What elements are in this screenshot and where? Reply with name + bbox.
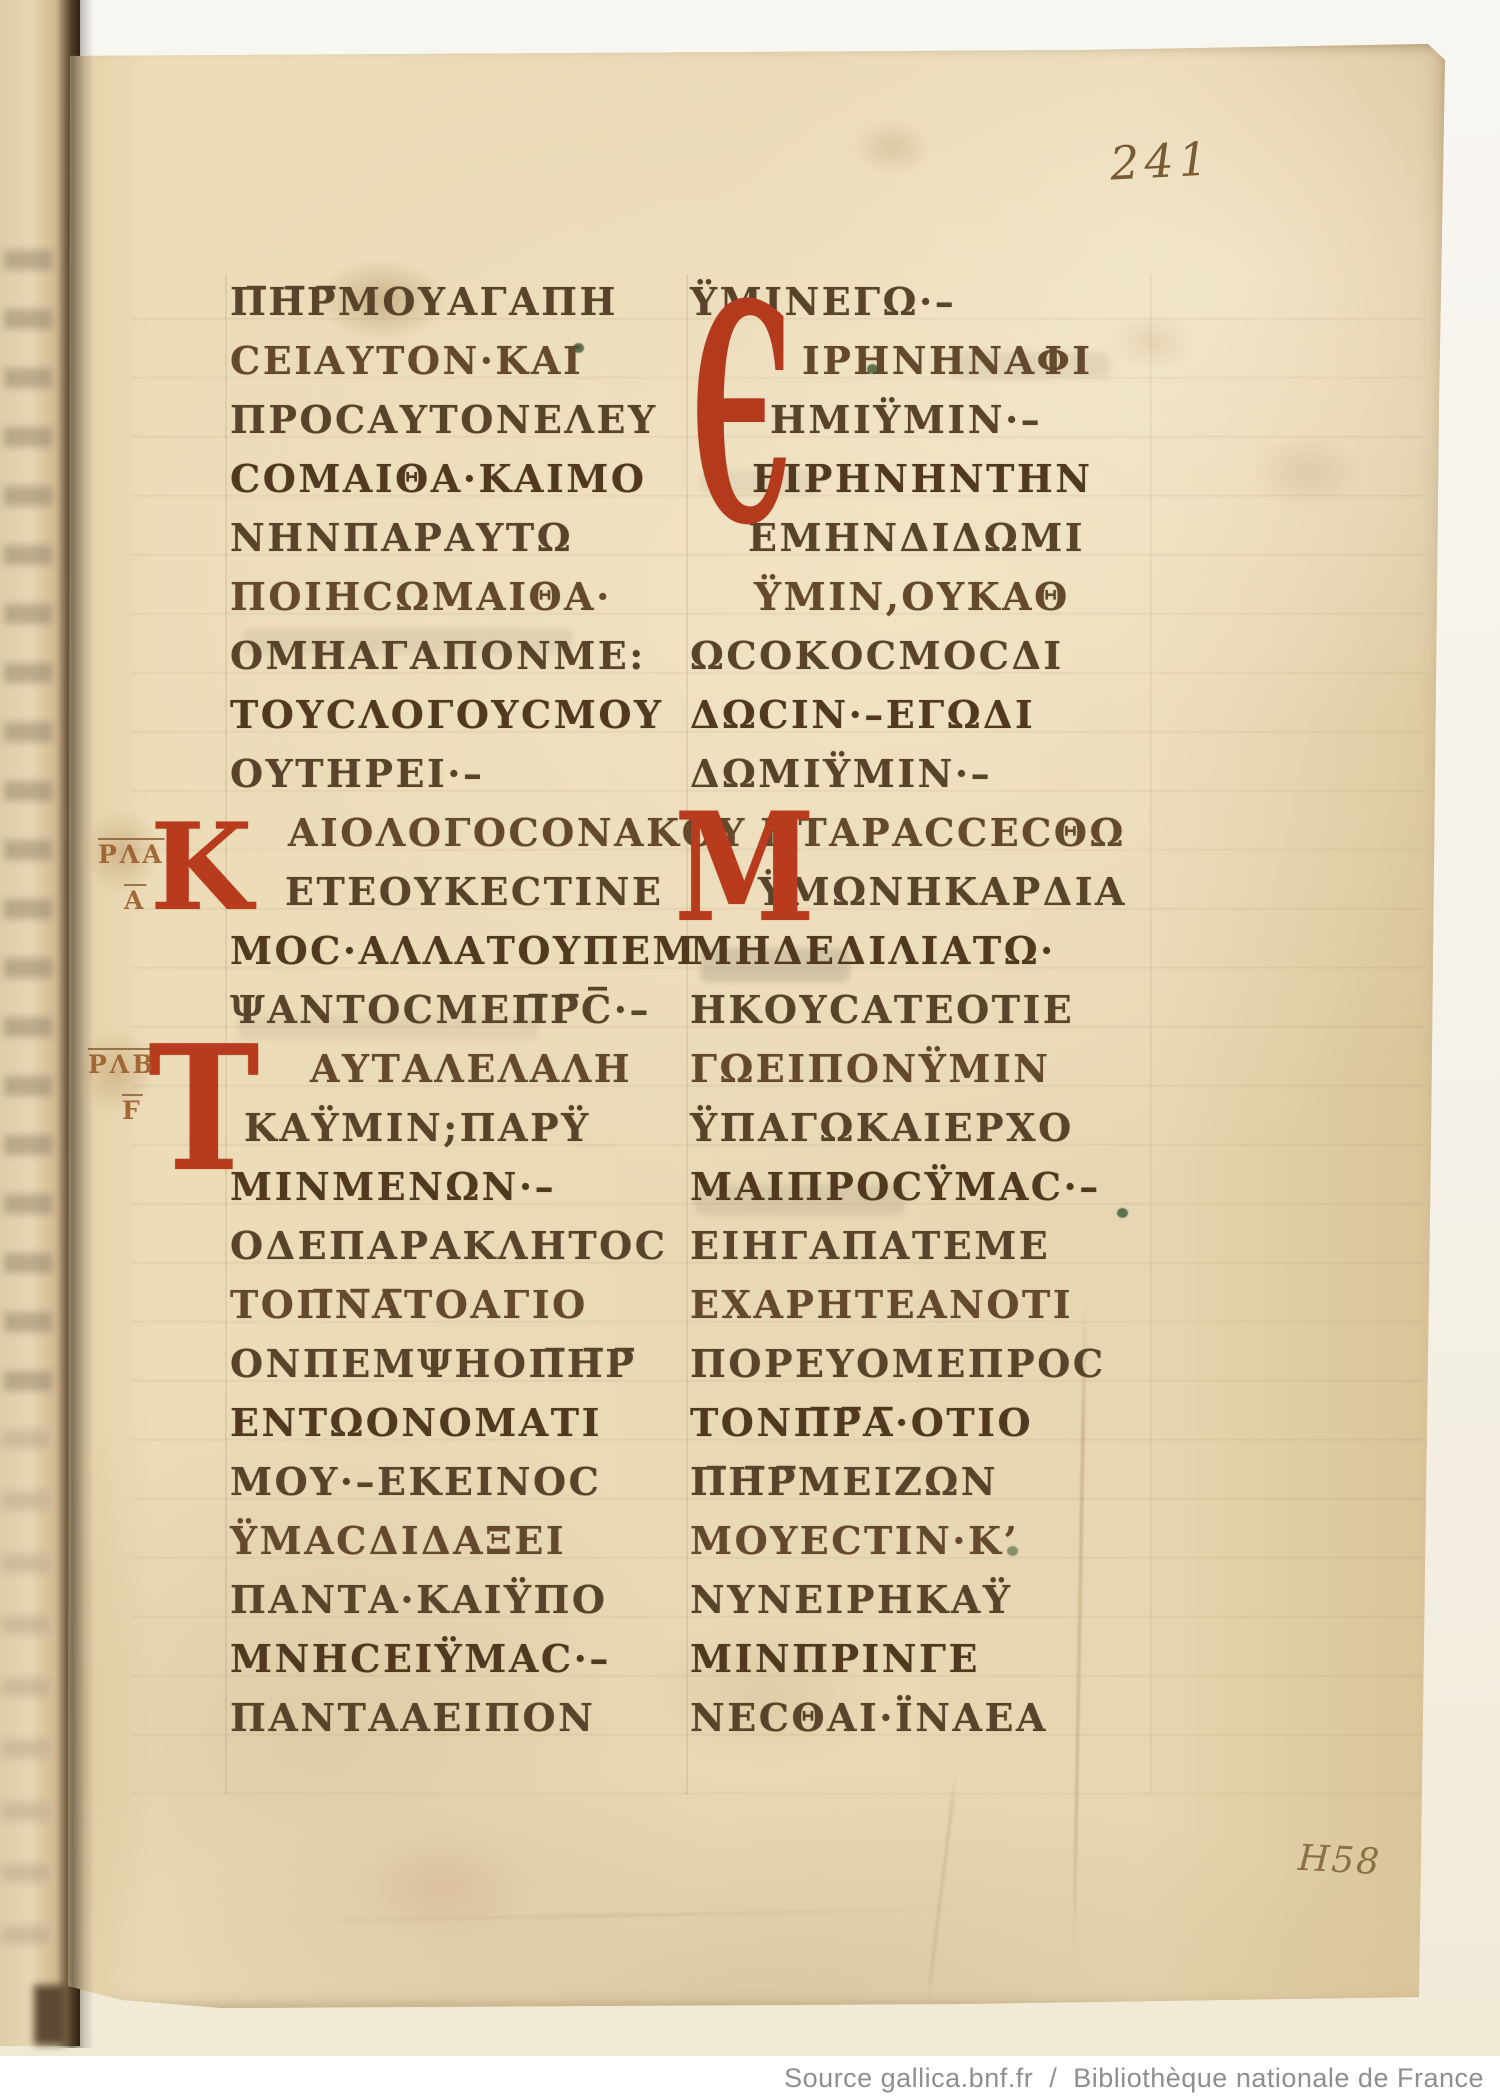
manuscript-text-line: ΚΑΫΜΙΝ;ΠΑΡΫ [230,1098,747,1157]
manuscript-text-line: ΔΩCΙΝ·–ΕΓΩΔΙ [690,685,1127,744]
line-text: ΩCΟΚΟCΜΟCΔΙ [690,633,1064,678]
manuscript-text-line: ΨΑΝΤΟCΜΕΠ̅Ρ̅C̅·– [230,980,747,1039]
line-text: ΓΩΕΙΠΟΝΫΜΙΝ [690,1046,1050,1091]
ruling-vertical-line [1150,274,1152,1794]
line-text: ΟΥΤΗΡΕΙ·– [230,751,484,796]
source-credit-text: Source gallica.bnf.fr / Bibliothèque nat… [784,2063,1484,2094]
line-text: ΫΜΙΝ,ΟΥΚΑΘ [754,574,1070,619]
line-text: ΨΑΝΤΟCΜΕΠ̅Ρ̅C̅·– [230,987,651,1032]
facing-page-text-blur [2,1430,48,1950]
line-text: CΟΜΑΙΘΑ·ΚΑΙΜΟ [230,456,646,501]
line-text: ΗΚΟΥCΑΤΕΟΤΙΕ [690,987,1074,1032]
line-text: ΤΟΝΠ̅Ρ̅Α̅·ΟΤΙΟ [690,1400,1033,1445]
line-text: ΕΜΗΝΔΙΔΩΜΙ [748,515,1085,560]
ammonian-section-number: ΡΛΑ [98,840,165,869]
folio-number: 241 [1109,131,1214,190]
manuscript-text-line: ΠΑΝΤΑΑΕΙΠΟΝ [230,1688,747,1747]
line-text: ΚΑΫΜΙΝ;ΠΑΡΫ [244,1105,591,1150]
line-text: ΜΑΙΠΡΟCΫΜΑC·– [690,1164,1101,1209]
line-text: ΙΡΗΝΗΝΑΦΙ [802,338,1093,383]
eusebian-canon-number: Ϝ [122,1096,143,1125]
line-text: ΜΟC·ΑΛΛΑΤΟΥΠΕΜ [230,928,697,973]
line-text: ΝΥΝΕΙΡΗΚΑΫ [690,1577,1012,1622]
binding-shadow-blob [34,1985,64,2045]
line-text: ΜΙΝΜΕΝΩΝ·– [230,1164,556,1209]
manuscript-text-line: ΤΑΥΤΑΛΕΛΑΛΗ [230,1039,747,1098]
manuscript-text-line: ΜΟΥΕCΤΙΝ·Κ’ [690,1511,1127,1570]
line-text: ΕΝΤΩΟΝΟΜΑΤΙ [230,1400,602,1445]
manuscript-text-line: ΜΙΝΜΕΝΩΝ·– [230,1157,747,1216]
line-text: ΫΠΑΓΩΚΑΙΕΡΧΟ [690,1105,1074,1150]
text-column-right: ΫΜΙΝΕΓΩ·–ЄΙΡΗΝΗΝΑΦΙΗΜΙΫΜΙΝ·–ΕΙΡΗΝΗΝΤΗΝΕΜ… [690,272,1127,1747]
manuscript-text-line: Π̅Η̅Ρ̅ΜΕΙΖΩΝ [690,1452,1127,1511]
manuscript-text-line: ΕΤΕΟΥΚΕCΤΙΝΕ [230,862,747,921]
line-text: ΕΧΑΡΗΤΕΑΝΟΤΙ [690,1282,1073,1327]
manuscript-text-line: ΠΡΟCΑΥΤΟΝΕΛΕΥ [230,390,747,449]
facing-page-edge [0,0,80,2046]
manuscript-text-line: ΟΔΕΠΑΡΑΚΛΗΤΟC [230,1216,747,1275]
gallica-source-bar: Source gallica.bnf.fr / Bibliothèque nat… [0,2056,1500,2100]
manuscript-text-line: ΜΟΥ·–ΕΚΕΙΝΟC [230,1452,747,1511]
manuscript-text-line: ЄΙΡΗΝΗΝΑΦΙ [690,331,1127,390]
manuscript-text-line: ΩCΟΚΟCΜΟCΔΙ [690,626,1127,685]
manuscript-text-line: ΜΙΝΠΡΙΝΓΕ [690,1629,1127,1688]
manuscript-text-line: ΤΟΠ̅Ν̅Α̅ΤΟΑΓΙΟ [230,1275,747,1334]
line-text: ΗΜΙΫΜΙΝ·– [770,397,1042,442]
manuscript-page: 241 ΡΛΑ Α ΡΛΒ Ϝ Π̅Η̅Ρ̅ΜΟΥΑΓΑΠΗCΕΙΑΥΤΟΝ·Κ… [62,42,1448,2010]
rubricated-initial: Є [692,265,793,565]
ammonian-section-number: ΡΛΒ [88,1050,156,1079]
manuscript-text-line: ΝΥΝΕΙΡΗΚΑΫ [690,1570,1127,1629]
manuscript-text-line: ΠΑΝΤΑ·ΚΑΙΫΠΟ [230,1570,747,1629]
manuscript-text-line: ΠΟΙΗCΩΜΑΙΘΑ· [230,567,747,626]
line-text: ΝΗΝΠΑΡΑΥΤΩ [230,515,573,560]
line-text: ΠΑΝΤΑΑΕΙΠΟΝ [230,1695,595,1740]
manuscript-text-line: ΜΑΙΠΡΟCΫΜΑC·– [690,1157,1127,1216]
manuscript-text-line: ΜΗΤΑΡΑCCΕCΘΩ [690,803,1127,862]
manuscript-text-line: ΜΝΗCΕΙΫΜΑC·– [230,1629,747,1688]
line-text: ΜΟΥΕCΤΙΝ·Κ’ [690,1518,1019,1563]
rubricated-initial: Μ [674,793,817,943]
manuscript-text-line: ΫΠΑΓΩΚΑΙΕΡΧΟ [690,1098,1127,1157]
manuscript-scan: 241 ΡΛΑ Α ΡΛΒ Ϝ Π̅Η̅Ρ̅ΜΟΥΑΓΑΠΗCΕΙΑΥΤΟΝ·Κ… [0,0,1500,2100]
line-text: ΝΕCΘΑΙ·ΪΝΑΕΑ [690,1695,1048,1740]
manuscript-text-line: ΠΟΡΕΥΟΜΕΠΡΟC [690,1334,1127,1393]
line-text: ΟΝΠΕΜΨΗΟΠ̅Η̅Ρ̅ [230,1341,636,1386]
line-text: ΕΤΕΟΥΚΕCΤΙΝΕ [285,869,663,914]
line-text: ΕΙΡΗΝΗΝΤΗΝ [752,456,1093,501]
facing-page-text-blur [4,250,52,1400]
line-text: ΕΙΗΓΑΠΑΤΕΜΕ [690,1223,1050,1268]
line-text: CΕΙΑΥΤΟΝ·ΚΑΙ [230,338,583,383]
line-text: Π̅Η̅Ρ̅ΜΕΙΖΩΝ [690,1459,998,1504]
manuscript-text-line: ΕΝΤΩΟΝΟΜΑΤΙ [230,1393,747,1452]
line-text: ΠΡΟCΑΥΤΟΝΕΛΕΥ [230,397,658,442]
eusebian-canon-number: Α [124,886,146,915]
manuscript-text-line: ΜΟC·ΑΛΛΑΤΟΥΠΕΜ [230,921,747,980]
rubricated-initial: Κ [150,807,255,927]
line-text: ΫΜΑCΔΙΔΑΞΕΙ [230,1518,566,1563]
manuscript-text-line: ΝΗΝΠΑΡΑΥΤΩ [230,508,747,567]
line-text: ΔΩCΙΝ·–ΕΓΩΔΙ [690,692,1035,737]
manuscript-text-line: Π̅Η̅Ρ̅ΜΟΥΑΓΑΠΗ [230,272,747,331]
rubricated-initial: Τ [148,1023,262,1196]
line-text: ΤΟΠ̅Ν̅Α̅ΤΟΑΓΙΟ [230,1282,588,1327]
parchment-crease [262,1908,962,1923]
manuscript-text-line: ΤΟΥCΛΟΓΟΥCΜΟΥ [230,685,747,744]
manuscript-text-line: ΟΜΗΑΓΑΠΟΝΜΕ: [230,626,747,685]
manuscript-text-line: ΕΙΗΓΑΠΑΤΕΜΕ [690,1216,1127,1275]
manuscript-text-line: CΟΜΑΙΘΑ·ΚΑΙΜΟ [230,449,747,508]
manuscript-text-line: ΚΑΙΟΛΟΓΟCΟΝΑΚΟΥ [230,803,747,862]
quire-mark: H58 [1297,1838,1382,1883]
manuscript-text-line: ΫΜΑCΔΙΔΑΞΕΙ [230,1511,747,1570]
line-text: ΜΝΗCΕΙΫΜΑC·– [230,1636,611,1681]
line-text: ΟΔΕΠΑΡΑΚΛΗΤΟC [230,1223,668,1268]
manuscript-text-line: ΓΩΕΙΠΟΝΫΜΙΝ [690,1039,1127,1098]
manuscript-text-line: ΗΚΟΥCΑΤΕΟΤΙΕ [690,980,1127,1039]
line-text: ΑΥΤΑΛΕΛΑΛΗ [310,1046,632,1091]
manuscript-text-line: ΕΧΑΡΗΤΕΑΝΟΤΙ [690,1275,1127,1334]
line-text: ΠΟΡΕΥΟΜΕΠΡΟC [690,1341,1106,1386]
parchment-crease [925,1771,957,2010]
manuscript-text-line: ΟΝΠΕΜΨΗΟΠ̅Η̅Ρ̅ [230,1334,747,1393]
manuscript-text-line: CΕΙΑΥΤΟΝ·ΚΑΙ [230,331,747,390]
line-text: ΠΑΝΤΑ·ΚΑΙΫΠΟ [230,1577,608,1622]
line-text: ΜΙΝΠΡΙΝΓΕ [690,1636,980,1681]
line-text: Π̅Η̅Ρ̅ΜΟΥΑΓΑΠΗ [230,279,618,324]
manuscript-text-line: ΤΟΝΠ̅Ρ̅Α̅·ΟΤΙΟ [690,1393,1127,1452]
text-column-left: Π̅Η̅Ρ̅ΜΟΥΑΓΑΠΗCΕΙΑΥΤΟΝ·ΚΑΙΠΡΟCΑΥΤΟΝΕΛΕΥC… [230,272,747,1747]
line-text: ΜΟΥ·–ΕΚΕΙΝΟC [230,1459,601,1504]
manuscript-text-line: ΝΕCΘΑΙ·ΪΝΑΕΑ [690,1688,1127,1747]
line-text: ΠΟΙΗCΩΜΑΙΘΑ· [230,574,612,619]
line-text: ΤΟΥCΛΟΓΟΥCΜΟΥ [230,692,664,737]
line-text: ΟΜΗΑΓΑΠΟΝΜΕ: [230,633,646,678]
manuscript-text-line: ΟΥΤΗΡΕΙ·– [230,744,747,803]
